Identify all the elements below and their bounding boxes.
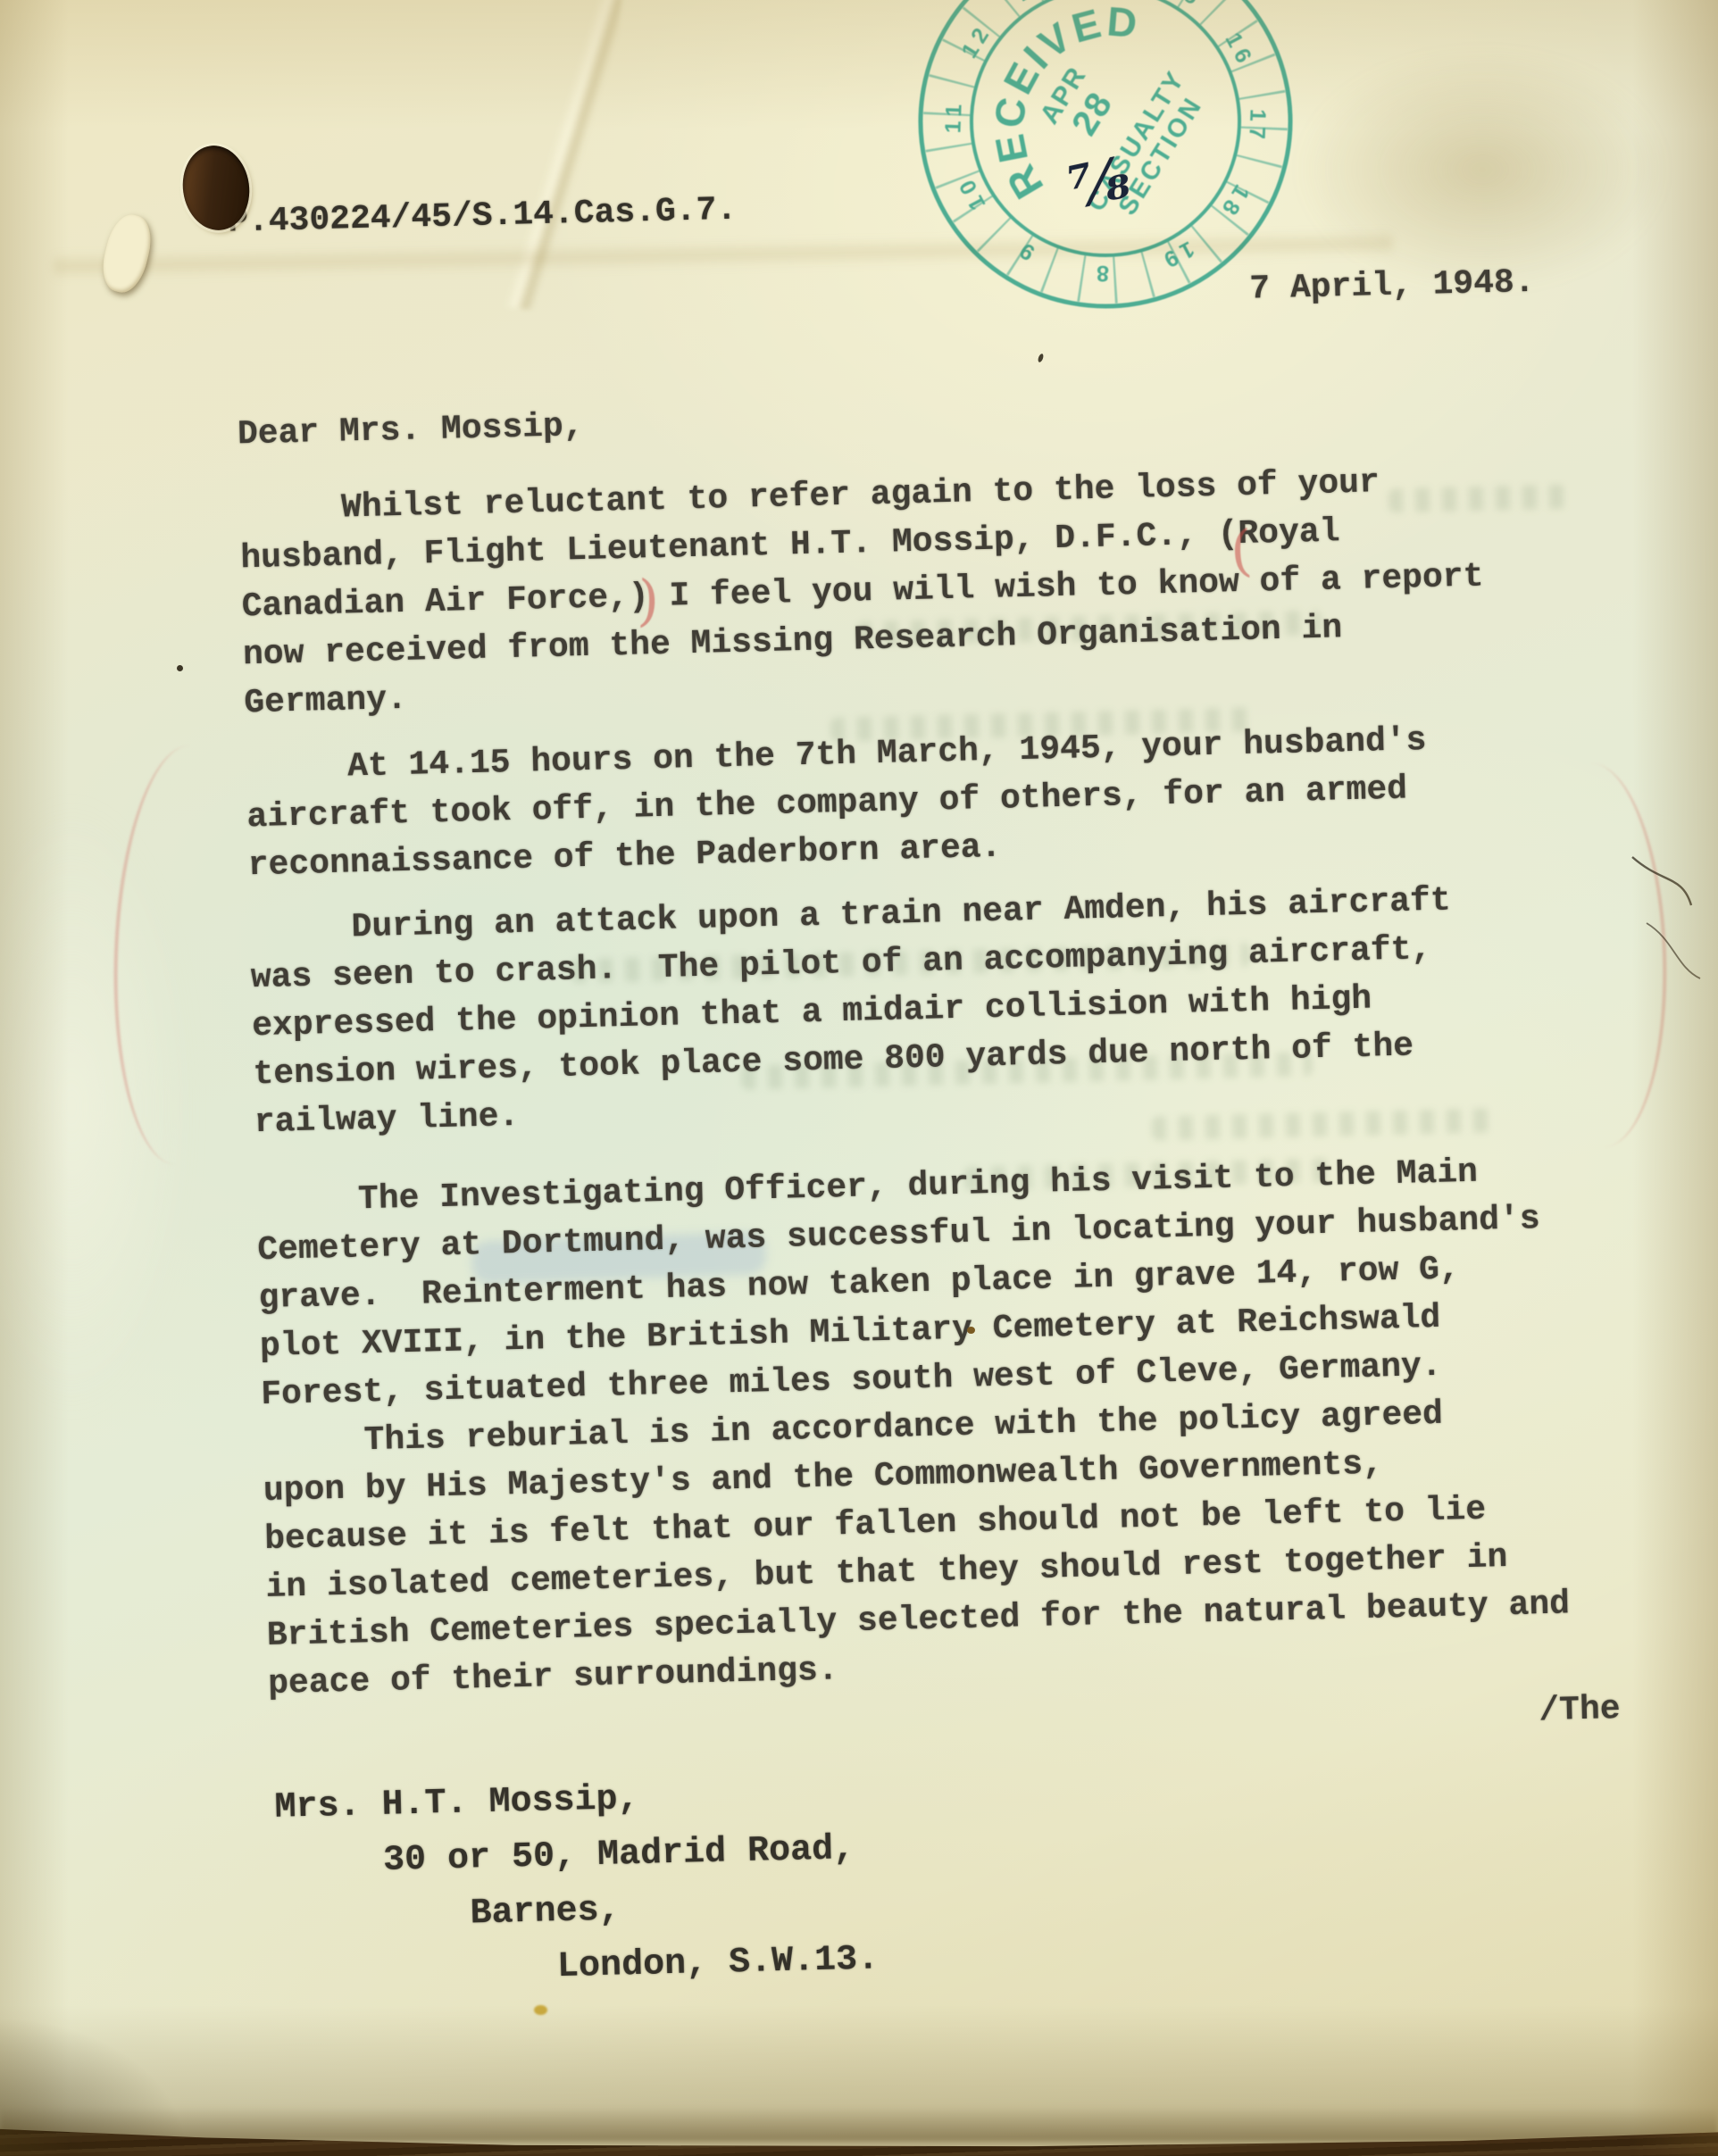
red-pencil-close-paren: )	[637, 568, 661, 634]
paragraph-3: During an attack upon a train near Amden…	[249, 877, 1456, 1147]
paragraph-2: At 14.15 hours on the 7th March, 1945, y…	[246, 717, 1430, 890]
paragraph-5: This reburial is in accordance with the …	[262, 1387, 1572, 1709]
continuation-mark: /The	[1539, 1686, 1622, 1736]
red-pencil-open-paren: (	[1229, 517, 1254, 583]
stamp-hour: 12	[956, 20, 997, 63]
letter-paper: P.430224/45/S.14.Cas.G.7. 7 April, 1948.…	[0, 0, 1718, 2156]
stamp-hour: 17	[1244, 109, 1270, 146]
typed-text-layer: P.430224/45/S.14.Cas.G.7. 7 April, 1948.…	[0, 0, 1718, 2156]
salutation: Dear Mrs. Mossip,	[237, 403, 584, 459]
paragraph-1: Whilst reluctant to refer again to the l…	[238, 456, 1486, 728]
paper-edge-shadow	[0, 2101, 1718, 2142]
stamp-hour: 18	[1214, 180, 1255, 224]
paragraph-4: The Investigating Officer, during his vi…	[255, 1147, 1544, 1419]
paper-fleck	[967, 1327, 975, 1334]
paper-fleck	[534, 2005, 547, 2015]
letter-photograph: P.430224/45/S.14.Cas.G.7. 7 April, 1948.…	[0, 0, 1718, 2156]
scratch-marks	[1627, 850, 1716, 1002]
dust-speck	[177, 665, 183, 671]
stamp-hour: 8	[1091, 261, 1110, 287]
stamp-hour: 11	[940, 98, 966, 133]
recipient-address: Mrs. H.T. Mossip, 30 or 50, Madrid Road,…	[274, 1766, 880, 2002]
file-reference: P.430224/45/S.14.Cas.G.7.	[228, 187, 738, 247]
